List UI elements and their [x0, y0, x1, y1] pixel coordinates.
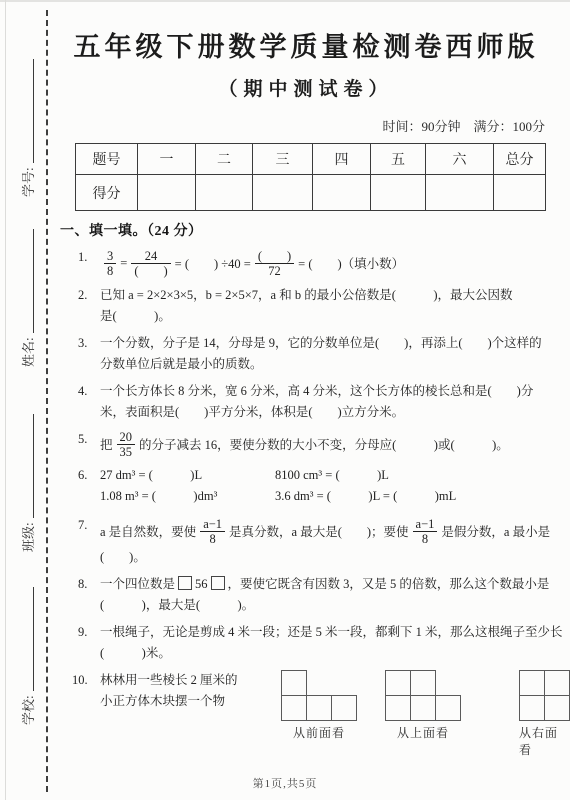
- question-text: 小正方体木块摆一个物: [100, 691, 265, 712]
- view-figure-top: 从上面看: [385, 670, 461, 758]
- question-text: 已知 a = 2×2×3×5，b = 2×5×7，a 和 b 的最小公倍数是( …: [100, 285, 552, 306]
- question-6: 6. 27 dm³ = ( )L 8100 cm³ = ( )L 1.08 m³…: [60, 465, 552, 507]
- question-text: 56: [195, 577, 208, 591]
- question-10: 10. 林林用一些棱长 2 厘米的 小正方体木块摆一个物 从前面看: [60, 670, 552, 758]
- student-info-sidebar: 学号: 姓名: 班级: 学校:: [0, 0, 48, 800]
- fraction: a−1 8: [413, 517, 438, 546]
- question-3: 3. 一个分数，分子是 14，分母是 9，它的分数单位是( )，再添上( )个这…: [60, 333, 552, 375]
- digit-box: [211, 576, 225, 590]
- question-7: 7. a 是自然数，要使 a−1 8 是真分数，a 最大是( )；要使 a−1 …: [60, 515, 552, 568]
- exam-page: 学号: 姓名: 班级: 学校: 五年级下册数学质量检测卷西师版 （期中测试卷） …: [0, 0, 570, 800]
- fraction: 3 8: [104, 249, 116, 278]
- question-number: 1.: [60, 247, 100, 279]
- class-field: 班级:: [16, 412, 38, 552]
- question-text: 分数单位后就是最小的质数。: [100, 354, 552, 375]
- question-text: 一根绳子，无论是剪成 4 米一段；还是 5 米一段，都剩下 1 米，那么这根绳子…: [100, 622, 552, 643]
- right-view-grid: [519, 670, 570, 721]
- student-name-blank-line: [33, 229, 34, 333]
- score-header-cell: 一: [138, 144, 196, 175]
- conversion-item: 3.6 dm³ = ( )L = ( )mL: [275, 486, 456, 507]
- class-label: 班级:: [20, 522, 38, 552]
- question-text: 一个长方体长 8 分米，宽 6 分米，高 4 分米，这个长方体的棱长总和是( )…: [100, 381, 552, 402]
- question-9: 9. 一根绳子，无论是剪成 4 米一段；还是 5 米一段，都剩下 1 米，那么这…: [60, 622, 552, 664]
- score-empty-cell: [494, 175, 546, 211]
- fraction: 24 ( ): [131, 249, 170, 278]
- question-text: ( )。: [100, 547, 552, 568]
- question-number: 6.: [60, 465, 100, 507]
- question-number: 10.: [60, 670, 100, 758]
- score-empty-cell: [313, 175, 371, 211]
- fraction: ( ) 72: [255, 249, 294, 278]
- score-table-header-row: 题号 一 二 三 四 五 六 总分: [76, 144, 546, 175]
- score-header-cell: 四: [313, 144, 371, 175]
- view-figures: 从前面看 从上面看 从右面看: [265, 670, 570, 758]
- fold-dashed-line: [46, 10, 48, 792]
- conversion-item: 27 dm³ = ( )L: [100, 465, 275, 486]
- exam-title: 五年级下册数学质量检测卷西师版: [60, 30, 552, 64]
- exam-meta: 时间：90分钟 满分：100分: [60, 119, 552, 135]
- question-text: 是真分数，a 最大是( )；要使: [229, 522, 409, 540]
- question-text: 是( )。: [100, 306, 552, 327]
- score-table: 题号 一 二 三 四 五 六 总分 得分: [75, 143, 546, 211]
- score-empty-cell: [138, 175, 196, 211]
- student-name-field: 姓名:: [16, 227, 38, 367]
- student-id-field: 学号:: [16, 57, 38, 197]
- figure-caption: 从上面看: [397, 724, 449, 741]
- question-text: 一个分数，分子是 14，分母是 9，它的分数单位是( )，再添上( )个这样的: [100, 333, 552, 354]
- question-number: 3.: [60, 333, 100, 375]
- score-table-score-row: 得分: [76, 175, 546, 211]
- question-number: 8.: [60, 574, 100, 616]
- school-label: 学校:: [20, 695, 38, 725]
- score-header-cell: 三: [253, 144, 313, 175]
- question-text: 米，表面积是( )平方分米，体积是( )立方分米。: [100, 402, 552, 423]
- question-text: ，要使它既含有因数 3，又是 5 的倍数，那么这个数最小是: [228, 577, 550, 591]
- class-blank-line: [33, 414, 34, 518]
- student-id-blank-line: [33, 59, 34, 163]
- question-text: 林林用一些棱长 2 厘米的: [100, 670, 265, 691]
- conversion-item: 1.08 m³ = ( )dm³: [100, 486, 275, 507]
- question-8: 8. 一个四位数是56，要使它既含有因数 3，又是 5 的倍数，那么这个数最小是…: [60, 574, 552, 616]
- fraction: a−1 8: [200, 517, 225, 546]
- score-empty-cell: [196, 175, 253, 211]
- page-number: 第1页,共5页: [0, 775, 570, 791]
- score-header-cell: 二: [196, 144, 253, 175]
- question-4: 4. 一个长方体长 8 分米，宽 6 分米，高 4 分米，这个长方体的棱长总和是…: [60, 381, 552, 423]
- digit-box: [178, 576, 192, 590]
- question-number: 7.: [60, 515, 100, 568]
- score-empty-cell: [253, 175, 313, 211]
- question-2: 2. 已知 a = 2×2×3×5，b = 2×5×7，a 和 b 的最小公倍数…: [60, 285, 552, 327]
- section-heading: 一、填一填。（24 分）: [60, 220, 552, 240]
- view-figure-front: 从前面看: [281, 670, 357, 758]
- score-header-cell: 题号: [76, 144, 138, 175]
- equals-sign: =: [120, 256, 127, 271]
- score-row-label: 得分: [76, 175, 138, 211]
- exam-content: 五年级下册数学质量检测卷西师版 （期中测试卷） 时间：90分钟 满分：100分 …: [60, 0, 552, 800]
- question-text: 的分子减去 16，要使分数的大小不变，分母应( )或( )。: [139, 435, 509, 453]
- question-list: 1. 3 8 = 24 ( ) = ( ) ÷40 =: [60, 247, 552, 758]
- student-id-label: 学号:: [20, 167, 38, 197]
- question-text: ( )米。: [100, 643, 552, 664]
- score-header-cell: 六: [426, 144, 494, 175]
- exam-subtitle: （期中测试卷）: [60, 77, 552, 103]
- question-5: 5. 把 20 35 的分子减去 16，要使分数的大小不变，分母应( )或( )…: [60, 429, 552, 459]
- score-empty-cell: [426, 175, 494, 211]
- school-blank-line: [33, 587, 34, 691]
- student-name-label: 姓名:: [20, 337, 38, 367]
- question-text: = ( ) ÷40 =: [175, 254, 251, 272]
- figure-caption: 从右面看: [519, 724, 570, 758]
- question-text: 一个四位数是: [100, 577, 175, 591]
- front-view-grid: [281, 670, 357, 721]
- figure-caption: 从前面看: [293, 724, 345, 741]
- question-text: a 是自然数，要使: [100, 522, 196, 540]
- fraction: 20 35: [117, 430, 136, 459]
- question-text: = ( )（填小数）: [298, 254, 404, 272]
- question-text: ( )，最大是( )。: [100, 595, 552, 616]
- question-text: 把: [100, 435, 113, 453]
- question-number: 9.: [60, 622, 100, 664]
- question-number: 2.: [60, 285, 100, 327]
- view-figure-right: 从右面看: [519, 670, 570, 758]
- score-empty-cell: [371, 175, 426, 211]
- school-field: 学校:: [16, 585, 38, 725]
- question-number: 4.: [60, 381, 100, 423]
- score-header-cell: 五: [371, 144, 426, 175]
- score-header-cell: 总分: [494, 144, 546, 175]
- question-1: 1. 3 8 = 24 ( ) = ( ) ÷40 =: [60, 247, 552, 279]
- question-text: 是假分数，a 最小是: [441, 522, 550, 540]
- conversion-item: 8100 cm³ = ( )L: [275, 465, 389, 486]
- question-number: 5.: [60, 429, 100, 459]
- top-view-grid: [385, 670, 461, 721]
